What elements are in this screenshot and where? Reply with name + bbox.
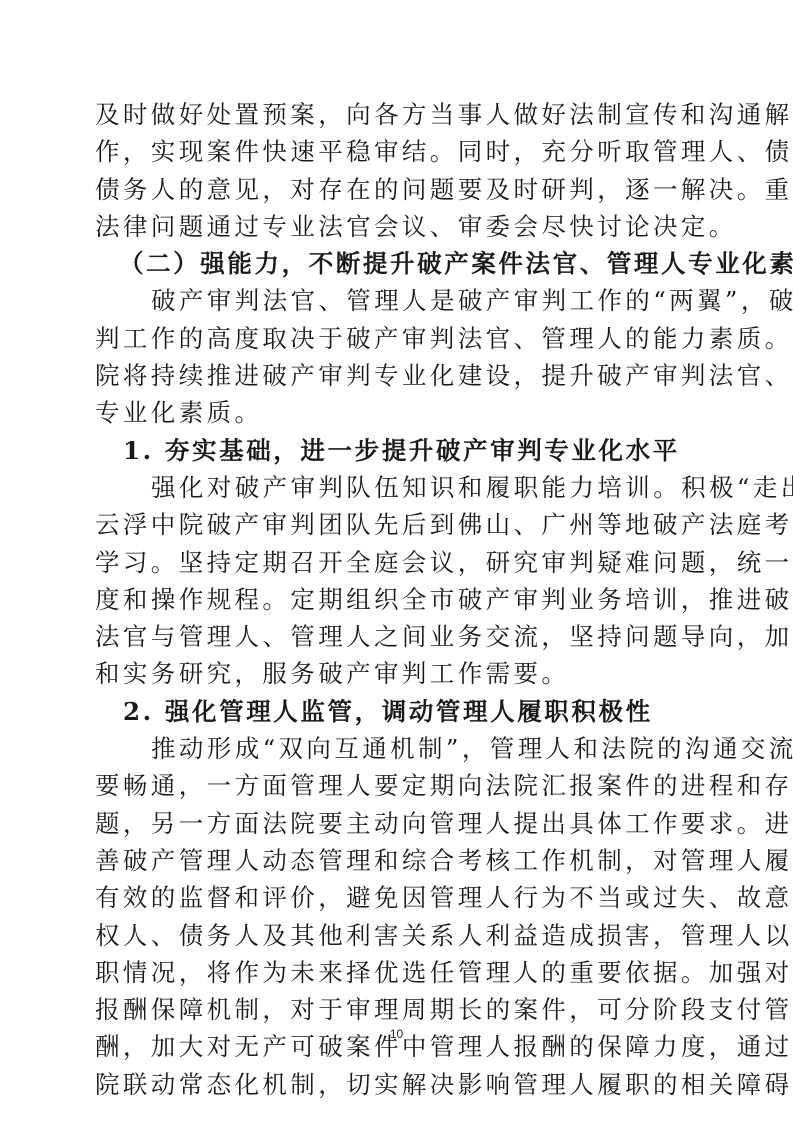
paragraph-line: 要畅通，一方面管理人要定期向法院汇报案件的进程和存在的问 [95,767,695,804]
paragraph-line: 及时做好处置预案，向各方当事人做好法制宣传和沟通解释工 [95,96,695,133]
paragraph-line: 推动形成“双向互通机制”，管理人和法院的沟通交流机制 [95,730,695,767]
page-number: 10 [0,1027,793,1041]
paragraph-line: 度和操作规程。定期组织全市破产审判业务培训，推进破产审判 [95,581,695,618]
paragraph-line: 债务人的意见，对存在的问题要及时研判，逐一解决。重大疑难 [95,171,695,208]
document-page: 及时做好处置预案，向各方当事人做好法制宣传和沟通解释工 作，实现案件快速平稳审结… [95,96,695,1103]
paragraph-line: 法律问题通过专业法官会议、审委会尽快讨论决定。 [95,208,695,245]
paragraph-line: 判工作的高度取决于破产审判法官、管理人的能力素质。云浮法 [95,320,695,357]
subsection-heading: 1. 夯实基础，进一步提升破产审判专业化水平 [95,432,695,469]
paragraph-line: 云浮中院破产审判团队先后到佛山、广州等地破产法庭考察交流 [95,506,695,543]
paragraph-line: 作，实现案件快速平稳审结。同时，充分听取管理人、债权人、 [95,133,695,170]
paragraph-line: 有效的监督和评价，避免因管理人行为不当或过失、故意而给债 [95,879,695,916]
paragraph-line: 善破产管理人动态管理和综合考核工作机制，对管理人履职进行 [95,842,695,879]
subsection-heading: 2. 强化管理人监管，调动管理人履职积极性 [95,693,695,730]
paragraph-line: 职情况，将作为未来择优选任管理人的重要依据。加强对管理人 [95,954,695,991]
paragraph-line: 题，另一方面法院要主动向管理人提出具体工作要求。进一步完 [95,805,695,842]
paragraph-line: 专业化素质。 [95,394,695,431]
paragraph-line: 院联动常态化机制，切实解决影响管理人履职的相关障碍问题。 [95,1066,695,1103]
paragraph-line: 破产审判法官、管理人是破产审判工作的“两翼”，破产审 [95,282,695,319]
paragraph-line: 权人、债务人及其他利害关系人利益造成损害，管理人以往的履 [95,917,695,954]
paragraph-line: 报酬保障机制，对于审理周期长的案件，可分阶段支付管理人报 [95,991,695,1028]
paragraph-line: 强化对破产审判队伍知识和履职能力培训。积极“走出去”， [95,469,695,506]
paragraph-line: 法官与管理人、管理人之间业务交流，坚持问题导向，加强理论 [95,618,695,655]
paragraph-line: 院将持续推进破产审判专业化建设，提升破产审判法官、管理人 [95,357,695,394]
paragraph-line: 和实务研究，服务破产审判工作需要。 [95,655,695,692]
section-heading: （二）强能力，不断提升破产案件法官、管理人专业化素质 [95,245,695,282]
paragraph-line: 学习。坚持定期召开全庭会议，研究审判疑难问题，统一裁判尺 [95,544,695,581]
